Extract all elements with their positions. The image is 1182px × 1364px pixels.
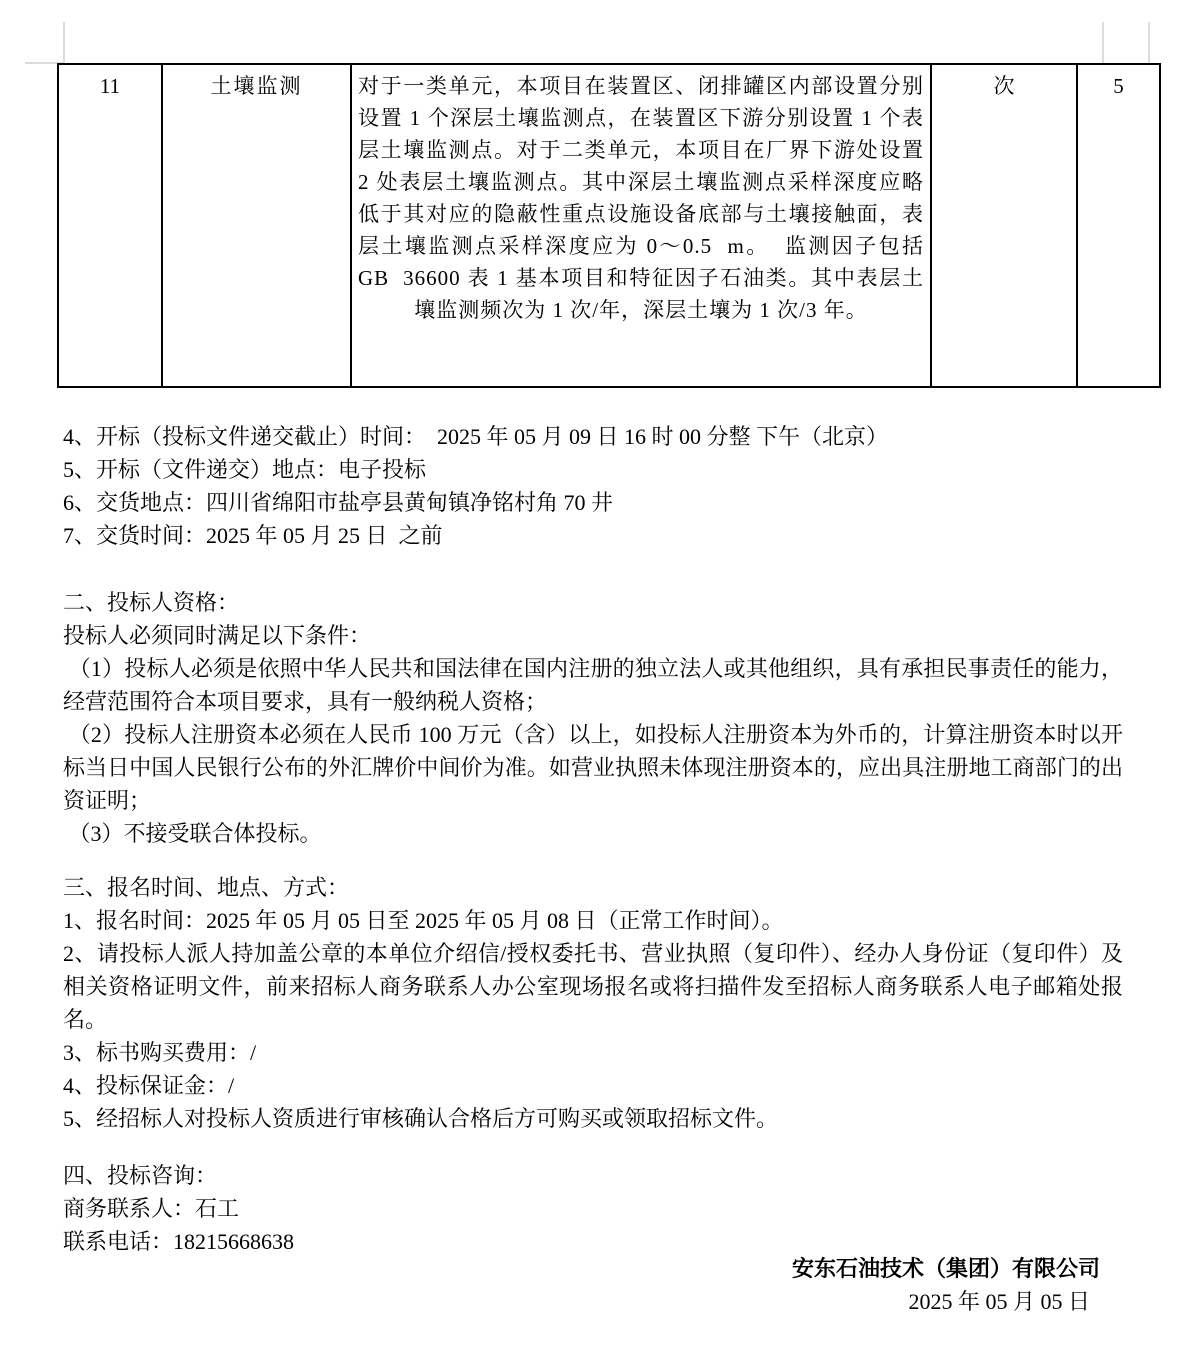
description-cell: 对于一类单元，本项目在装置区、闭排罐区内部设置分别设置 1 个深层土壤监测点，在… bbox=[351, 64, 931, 387]
row-number-cell: 11 bbox=[58, 64, 162, 387]
section-bidder-qualification: 二、投标人资格： 投标人必须同时满足以下条件： （1）投标人必须是依照中华人民共… bbox=[63, 586, 1123, 850]
quantity-cell: 5 bbox=[1077, 64, 1160, 387]
company-name: 安东石油技术（集团）有限公司 bbox=[63, 1252, 1100, 1285]
gridline-fragment-left bbox=[25, 22, 65, 64]
paragraph: （2）投标人注册资本必须在人民币 100 万元（含）以上，如投标人注册资本为外币… bbox=[63, 718, 1123, 817]
paragraph: 投标人必须同时满足以下条件： bbox=[63, 619, 1123, 652]
intro-item-5: 5、开标（文件递交）地点：电子投标 bbox=[63, 453, 1123, 486]
section-heading: 二、投标人资格： bbox=[63, 586, 1123, 619]
spec-table: 11 土壤监测 对于一类单元，本项目在装置区、闭排罐区内部设置分别设置 1 个深… bbox=[57, 63, 1161, 388]
paragraph: 1、报名时间：2025 年 05 月 05 日至 2025 年 05 月 08 … bbox=[63, 904, 1123, 937]
paragraph: 5、经招标人对投标人资质进行审核确认合格后方可购买或领取招标文件。 bbox=[63, 1102, 1123, 1135]
intro-item-6: 6、交货地点：四川省绵阳市盐亭县黄甸镇净铭村角 70 井 bbox=[63, 486, 1123, 519]
intro-item-7: 7、交货时间：2025 年 05 月 25 日 之前 bbox=[63, 519, 1123, 552]
gridline-fragment-right bbox=[1102, 22, 1150, 65]
document-page: 11 土壤监测 对于一类单元，本项目在装置区、闭排罐区内部设置分别设置 1 个深… bbox=[0, 0, 1182, 1364]
paragraph: （1）投标人必须是依照中华人民共和国法律在国内注册的独立法人或其他组织，具有承担… bbox=[63, 652, 1123, 718]
paragraph: （3）不接受联合体投标。 bbox=[63, 817, 1123, 850]
sign-date: 2025 年 05 月 05 日 bbox=[63, 1285, 1100, 1318]
paragraph: 3、标书购买费用：/ bbox=[63, 1036, 1123, 1069]
item-name-cell: 土壤监测 bbox=[162, 64, 351, 387]
section-heading: 四、投标咨询： bbox=[63, 1159, 1123, 1192]
section-registration: 三、报名时间、地点、方式： 1、报名时间：2025 年 05 月 05 日至 2… bbox=[63, 871, 1123, 1135]
table-row: 11 土壤监测 对于一类单元，本项目在装置区、闭排罐区内部设置分别设置 1 个深… bbox=[58, 64, 1160, 387]
signature-block: 安东石油技术（集团）有限公司 2025 年 05 月 05 日 bbox=[63, 1252, 1100, 1318]
paragraph: 4、投标保证金：/ bbox=[63, 1069, 1123, 1102]
intro-items: 4、开标（投标文件递交截止）时间： 2025 年 05 月 09 日 16 时 … bbox=[63, 420, 1123, 552]
section-heading: 三、报名时间、地点、方式： bbox=[63, 871, 1123, 904]
section-bid-consultation: 四、投标咨询： 商务联系人：石工 联系电话：18215668638 bbox=[63, 1159, 1123, 1258]
unit-cell: 次 bbox=[931, 64, 1077, 387]
paragraph: 2、请投标人派人持加盖公章的本单位介绍信/授权委托书、营业执照（复印件）、经办人… bbox=[63, 937, 1123, 1036]
contact-person: 商务联系人：石工 bbox=[63, 1192, 1123, 1225]
intro-item-4: 4、开标（投标文件递交截止）时间： 2025 年 05 月 09 日 16 时 … bbox=[63, 420, 1123, 453]
